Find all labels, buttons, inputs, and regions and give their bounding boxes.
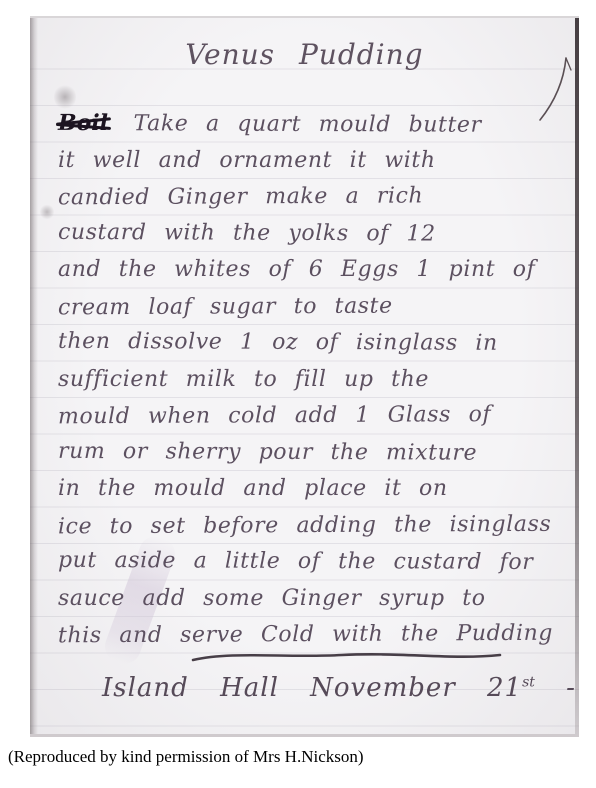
manuscript-line: sauce add some Ginger syrup to [58, 581, 575, 618]
flourish-underline [190, 647, 505, 667]
manuscript-line: put aside a little of the custard for [58, 543, 575, 582]
manuscript-line: rum or sherry pour the mixture [58, 433, 575, 472]
caption: (Reproduced by kind permission of Mrs H.… [8, 747, 364, 767]
signature-ordinal: st [522, 674, 535, 690]
page-edge-right [575, 18, 579, 734]
manuscript-scan: Venus Pudding Boil Take a quart mould bu… [30, 16, 579, 737]
ink-smudge [40, 204, 54, 220]
manuscript-line: Boil Take a quart mould butter [58, 105, 575, 144]
manuscript-line: and the whites of 6 Eggs 1 pint of [58, 252, 575, 289]
manuscript-body: Boil Take a quart mould butterit well an… [58, 106, 575, 654]
manuscript-line: mould when cold add 1 Glass of [58, 397, 575, 436]
page-edge-left [30, 18, 38, 734]
signature-suffix: - 81 [535, 673, 579, 703]
manuscript-line: it well and ornament it with [58, 143, 575, 180]
recipe-title: Venus Pudding [30, 38, 579, 71]
manuscript-line: in the mould and place it on [58, 471, 575, 508]
manuscript-line: cream loaf sugar to taste [58, 287, 575, 326]
page: Venus Pudding Boil Take a quart mould bu… [0, 0, 596, 788]
manuscript-line: then dissolve 1 oz of isinglass in [58, 324, 575, 363]
manuscript-line: sufficient milk to fill up the [58, 362, 575, 399]
signature-line: Island Hall November 21st - 81 [102, 673, 579, 703]
signature-prefix: Island Hall November 21 [102, 673, 522, 703]
manuscript-line: candied Ginger make a rich [58, 178, 575, 217]
manuscript-line: custard with the yolks of 12 [58, 214, 575, 253]
manuscript-line: ice to set before adding the isinglass [58, 506, 575, 545]
crossed-out-word: Boil [58, 110, 108, 136]
